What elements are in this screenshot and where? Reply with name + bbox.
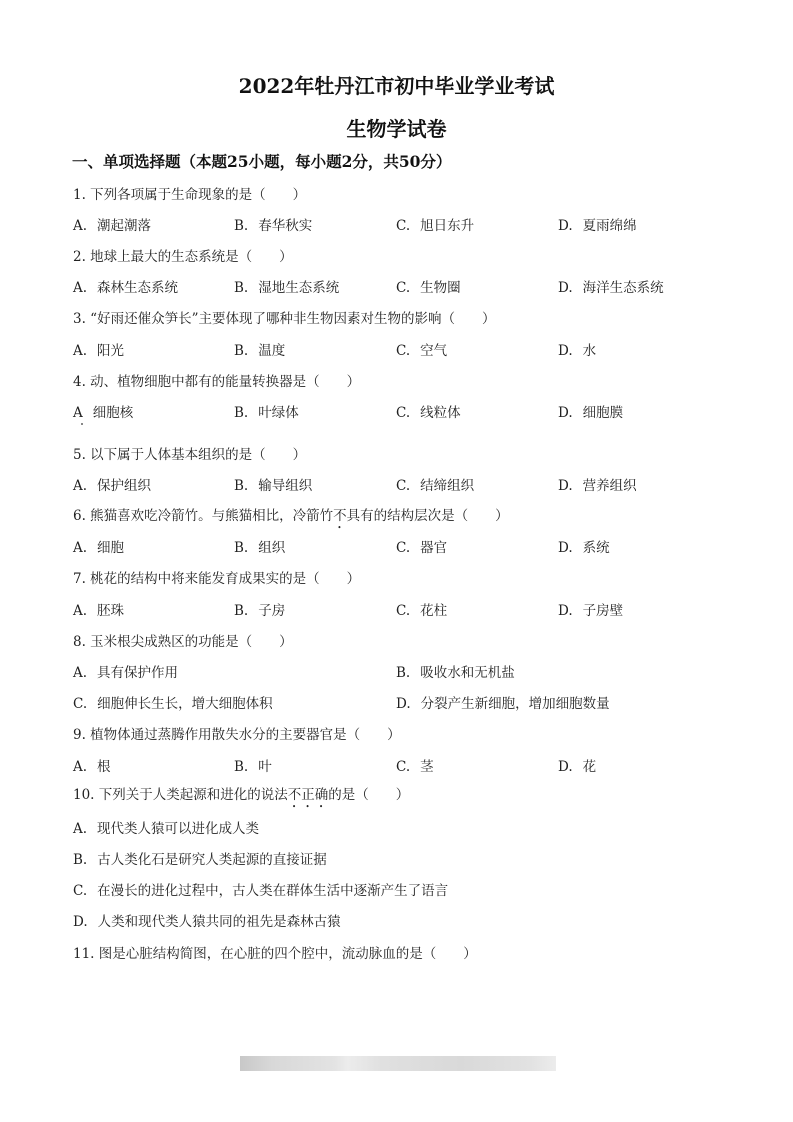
option-text: 花 (583, 759, 597, 775)
question-1-option-a: A.潮起潮落 (73, 214, 151, 234)
question-1-option-b: B.春华秋实 (234, 214, 312, 234)
option-text: 营养组织 (583, 478, 637, 494)
question-4-option-d: D.细胞膜 (558, 401, 623, 421)
question-8-option-c: C.细胞伸长生长，增大细胞体积 (73, 692, 273, 712)
question-7-option-b: B.子房 (234, 599, 285, 619)
option-label: D. (558, 218, 573, 234)
option-text: 花柱 (420, 603, 447, 619)
option-label: A. (73, 603, 87, 619)
stem-text: 的是（ ） (328, 787, 409, 803)
option-text: 夏雨绵绵 (583, 218, 637, 234)
stray-mark (81, 423, 83, 425)
option-text: 保护组织 (97, 478, 151, 494)
option-text: 组织 (258, 540, 285, 556)
option-label: A. (73, 280, 87, 296)
section-heading: 一、单项选择题（本题25小题，每小题2分，共50分） (72, 150, 451, 172)
option-label: B. (73, 852, 87, 868)
stem-text: 6. 熊猫喜欢吃冷箭竹。与熊猫相比，冷箭竹 (73, 508, 333, 524)
question-8-option-d: D.分裂产生新细胞，增加细胞数量 (396, 692, 610, 712)
option-label: B. (234, 405, 248, 421)
option-text: 吸收水和无机盐 (420, 665, 515, 681)
question-9-option-b: B.叶 (234, 755, 272, 775)
question-3-option-d: D.水 (558, 339, 596, 359)
stem-text: 具有的结构层次是（ ） (347, 508, 509, 524)
option-label: B. (234, 478, 248, 494)
exam-subtitle: 生物学试卷 (0, 113, 793, 142)
option-label: D. (558, 280, 573, 296)
option-label: D. (73, 914, 88, 930)
option-label: C. (396, 478, 410, 494)
question-5-stem: 5. 以下属于人体基本组织的是（ ） (73, 443, 306, 463)
question-4-option-b: B.叶绿体 (234, 401, 299, 421)
question-2-stem: 2. 地球上最大的生态系统是（ ） (73, 245, 293, 265)
option-text: 在漫长的进化过程中，古人类在群体生活中逐渐产生了语言 (97, 883, 448, 899)
question-3-option-c: C.空气 (396, 339, 447, 359)
question-2-option-d: D.海洋生态系统 (558, 276, 664, 296)
option-text: 细胞伸长生长，增大细胞体积 (97, 696, 273, 712)
option-text: 输导组织 (258, 478, 312, 494)
question-1-stem: 1. 下列各项属于生命现象的是（ ） (73, 183, 306, 203)
option-label: A. (73, 665, 87, 681)
stem-text: 10. 下列关于人类起源和进化的说法 (73, 787, 288, 803)
option-text: 茎 (420, 759, 434, 775)
option-label: D. (558, 540, 573, 556)
option-text: 系统 (583, 540, 610, 556)
question-6-option-c: C.器官 (396, 536, 447, 556)
option-text: 阳光 (97, 343, 124, 359)
option-label: C. (396, 603, 410, 619)
option-text: 叶绿体 (258, 405, 299, 421)
option-text: 细胞膜 (583, 405, 624, 421)
option-text: 空气 (420, 343, 447, 359)
option-text: 分裂产生新细胞，增加细胞数量 (421, 696, 610, 712)
option-text: 现代类人猿可以进化成人类 (97, 821, 259, 837)
option-text: 湿地生态系统 (258, 280, 339, 296)
option-text: 森林生态系统 (97, 280, 178, 296)
option-text: 春华秋实 (258, 218, 312, 234)
option-label: D. (558, 603, 573, 619)
option-label: B. (234, 343, 248, 359)
question-7-option-c: C.花柱 (396, 599, 447, 619)
option-label: A. (73, 343, 87, 359)
question-10-option-d: D.人类和现代类人猿共同的祖先是森林古猿 (73, 910, 341, 930)
option-label: B. (234, 280, 248, 296)
question-8-stem: 8. 玉米根尖成熟区的功能是（ ） (73, 630, 293, 650)
question-8-option-a: A.具有保护作用 (73, 661, 178, 681)
option-text: 生物圈 (420, 280, 461, 296)
option-label: D. (558, 343, 573, 359)
option-text: 结缔组织 (420, 478, 474, 494)
question-4-option-c: C.线粒体 (396, 401, 461, 421)
question-6-option-a: A.细胞 (73, 536, 124, 556)
option-label: C. (396, 405, 410, 421)
question-4-stem: 4. 动、植物细胞中都有的能量转换器是（ ） (73, 370, 360, 390)
option-text: 叶 (258, 759, 272, 775)
question-11-stem: 11. 图是心脏结构简图，在心脏的四个腔中，流动脉血的是（ ） (73, 942, 477, 962)
question-6-stem: 6. 熊猫喜欢吃冷箭竹。与熊猫相比，冷箭竹不具有的结构层次是（ ） (73, 504, 509, 532)
option-text: 细胞核 (93, 405, 134, 421)
option-label: A. (73, 759, 87, 775)
option-text: 潮起潮落 (97, 218, 151, 234)
question-10-option-c: C.在漫长的进化过程中，古人类在群体生活中逐渐产生了语言 (73, 879, 448, 899)
option-label: B. (396, 665, 410, 681)
question-10-stem: 10. 下列关于人类起源和进化的说法不正确的是（ ） (73, 783, 409, 811)
question-5-option-d: D.营养组织 (558, 474, 637, 494)
option-label: A. (73, 218, 87, 234)
question-1-option-c: C.旭日东升 (396, 214, 474, 234)
question-7-option-d: D.子房壁 (558, 599, 623, 619)
question-3-option-b: B.温度 (234, 339, 285, 359)
option-label: B. (234, 218, 248, 234)
option-text: 子房 (258, 603, 285, 619)
emphasized-word: 不 (333, 508, 347, 524)
question-9-option-d: D.花 (558, 755, 596, 775)
option-text: 根 (97, 759, 111, 775)
option-label: C. (396, 218, 410, 234)
question-9-stem: 9. 植物体通过蒸腾作用散失水分的主要器官是（ ） (73, 723, 401, 743)
option-label: A. (73, 478, 87, 494)
question-3-stem: 3. “好雨还催众笋长”主要体现了哪种非生物因素对生物的影响（ ） (73, 307, 495, 327)
option-label: D. (558, 405, 573, 421)
question-7-option-a: A.胚珠 (73, 599, 124, 619)
question-9-option-a: A.根 (73, 755, 111, 775)
option-label: A (73, 405, 83, 421)
option-label: B. (234, 603, 248, 619)
question-8-option-b: B.吸收水和无机盐 (396, 661, 515, 681)
question-2-option-b: B.湿地生态系统 (234, 276, 339, 296)
option-text: 海洋生态系统 (583, 280, 664, 296)
option-text: 器官 (420, 540, 447, 556)
exam-title: 2022年牡丹江市初中毕业学业考试 (0, 70, 793, 99)
question-10-option-a: A.现代类人猿可以进化成人类 (73, 817, 259, 837)
option-label: B. (234, 540, 248, 556)
option-text: 具有保护作用 (97, 665, 178, 681)
option-text: 胚珠 (97, 603, 124, 619)
question-7-stem: 7. 桃花的结构中将来能发育成果实的是（ ） (73, 567, 360, 587)
question-2-option-a: A.森林生态系统 (73, 276, 178, 296)
option-label: B. (234, 759, 248, 775)
option-label: C. (396, 759, 410, 775)
question-5-option-c: C.结缔组织 (396, 474, 474, 494)
question-6-option-b: B.组织 (234, 536, 285, 556)
option-label: C. (396, 343, 410, 359)
option-label: C. (73, 696, 87, 712)
option-text: 子房壁 (583, 603, 624, 619)
question-5-option-b: B.输导组织 (234, 474, 312, 494)
option-label: D. (558, 759, 573, 775)
option-label: A. (73, 821, 87, 837)
option-text: 细胞 (97, 540, 124, 556)
question-1-option-d: D.夏雨绵绵 (558, 214, 637, 234)
option-label: A. (73, 540, 87, 556)
option-label: C. (396, 540, 410, 556)
option-label: C. (396, 280, 410, 296)
option-label: C. (73, 883, 87, 899)
question-3-option-a: A.阳光 (73, 339, 124, 359)
option-text: 人类和现代类人猿共同的祖先是森林古猿 (98, 914, 341, 930)
option-label: D. (396, 696, 411, 712)
blurred-footer (240, 1056, 556, 1071)
question-4-option-a: A细胞核 (73, 401, 133, 421)
question-6-option-d: D.系统 (558, 536, 610, 556)
question-10-option-b: B.古人类化石是研究人类起源的直接证据 (73, 848, 327, 868)
emphasized-word: 不正确 (288, 787, 329, 803)
question-2-option-c: C.生物圈 (396, 276, 461, 296)
option-text: 古人类化石是研究人类起源的直接证据 (97, 852, 327, 868)
question-5-option-a: A.保护组织 (73, 474, 151, 494)
option-text: 旭日东升 (420, 218, 474, 234)
option-label: D. (558, 478, 573, 494)
question-9-option-c: C.茎 (396, 755, 434, 775)
option-text: 线粒体 (420, 405, 461, 421)
option-text: 水 (583, 343, 597, 359)
option-text: 温度 (258, 343, 285, 359)
